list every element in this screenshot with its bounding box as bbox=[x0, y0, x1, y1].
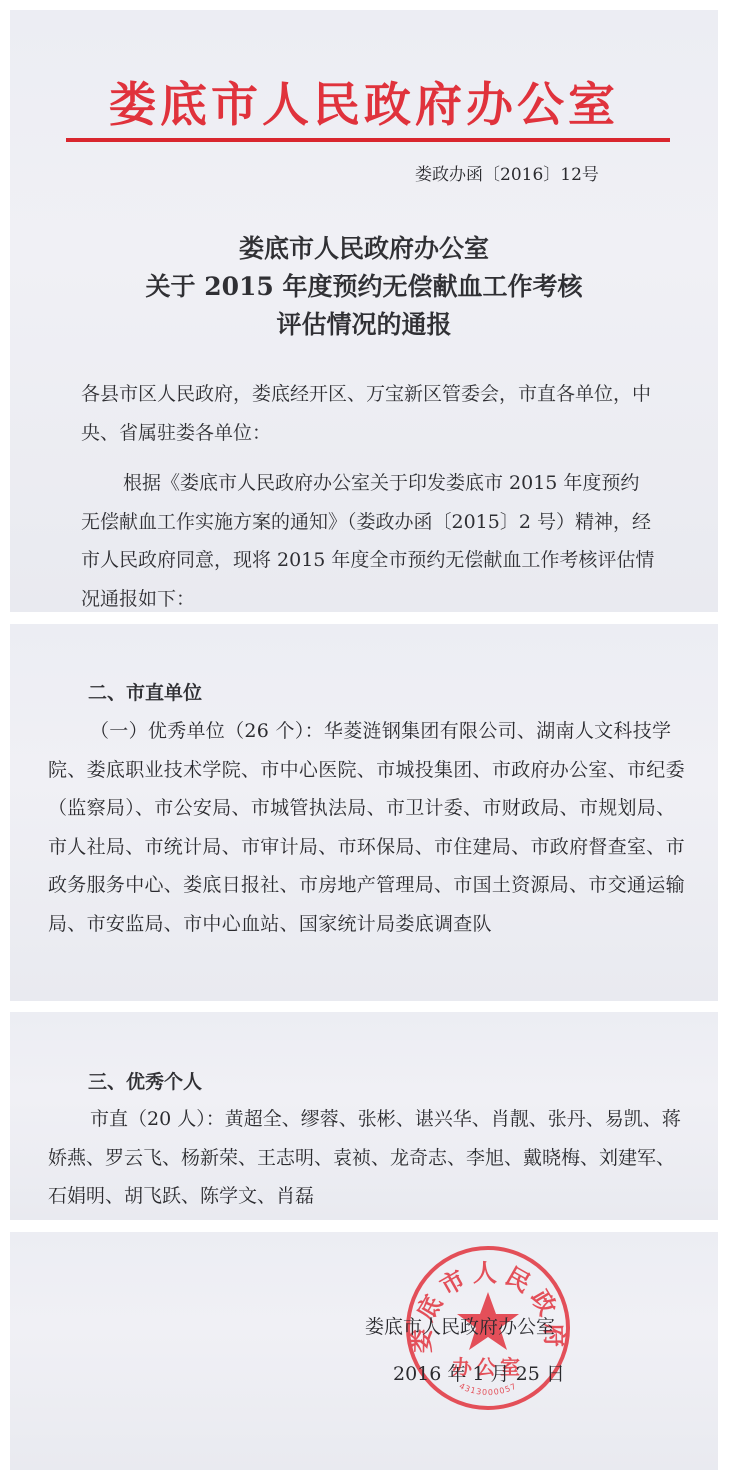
excellent-units-list: 华菱涟钢集团有限公司、湖南人文科技学院、娄底职业技术学院、市中心医院、市城投集团… bbox=[48, 720, 685, 935]
individuals-subheading: 市直（20 人）： bbox=[90, 1108, 225, 1130]
excellent-units-subheading: （一）优秀单位（26 个）： bbox=[90, 720, 324, 742]
signature-org: 娄底市人民政府办公室 bbox=[365, 1312, 555, 1339]
excellent-individuals-paragraph: 市直（20 人）：黄超全、缪蓉、张彬、谌兴华、肖靓、张丹、易凯、蒋娇燕、罗云飞、… bbox=[48, 1100, 688, 1216]
document-number: 娄政办函〔2016〕12号 bbox=[415, 160, 599, 185]
signature-date: 2016 年 1 月 25 日 bbox=[393, 1359, 565, 1386]
letterhead-org-name: 娄底市人民政府办公室 bbox=[10, 68, 718, 135]
title-line-1: 娄底市人民政府办公室 bbox=[10, 230, 718, 268]
section-3-heading: 三、优秀个人 bbox=[88, 1067, 202, 1094]
letterhead-red-rule bbox=[66, 138, 670, 142]
title-line-2: 关于 2015 年度预约无偿献血工作考核 bbox=[10, 268, 718, 306]
recipients-salutation: 各县市区人民政府，娄底经开区、万宝新区管委会，市直各单位，中央、省属驻娄各单位： bbox=[81, 375, 651, 452]
title-line-3: 评估情况的通报 bbox=[10, 306, 718, 344]
section-city-units: 二、市直单位 （一）优秀单位（26 个）：华菱涟钢集团有限公司、湖南人文科技学院… bbox=[10, 624, 718, 1001]
section-2-heading: 二、市直单位 bbox=[88, 678, 202, 705]
excellent-units-paragraph: （一）优秀单位（26 个）：华菱涟钢集团有限公司、湖南人文科技学院、娄底职业技术… bbox=[48, 712, 688, 943]
document-page-header-section: 娄底市人民政府办公室 娄政办函〔2016〕12号 娄底市人民政府办公室 关于 2… bbox=[10, 10, 718, 612]
section-excellent-individuals: 三、优秀个人 市直（20 人）：黄超全、缪蓉、张彬、谌兴华、肖靓、张丹、易凯、蒋… bbox=[10, 1012, 718, 1220]
signature-section: 娄底市人民政府 办公室 4313000057 娄底市人民政府办公室 2016 年… bbox=[10, 1232, 718, 1470]
intro-paragraph: 根据《娄底市人民政府办公室关于印发娄底市 2015 年度预约无偿献血工作实施方案… bbox=[81, 464, 656, 618]
